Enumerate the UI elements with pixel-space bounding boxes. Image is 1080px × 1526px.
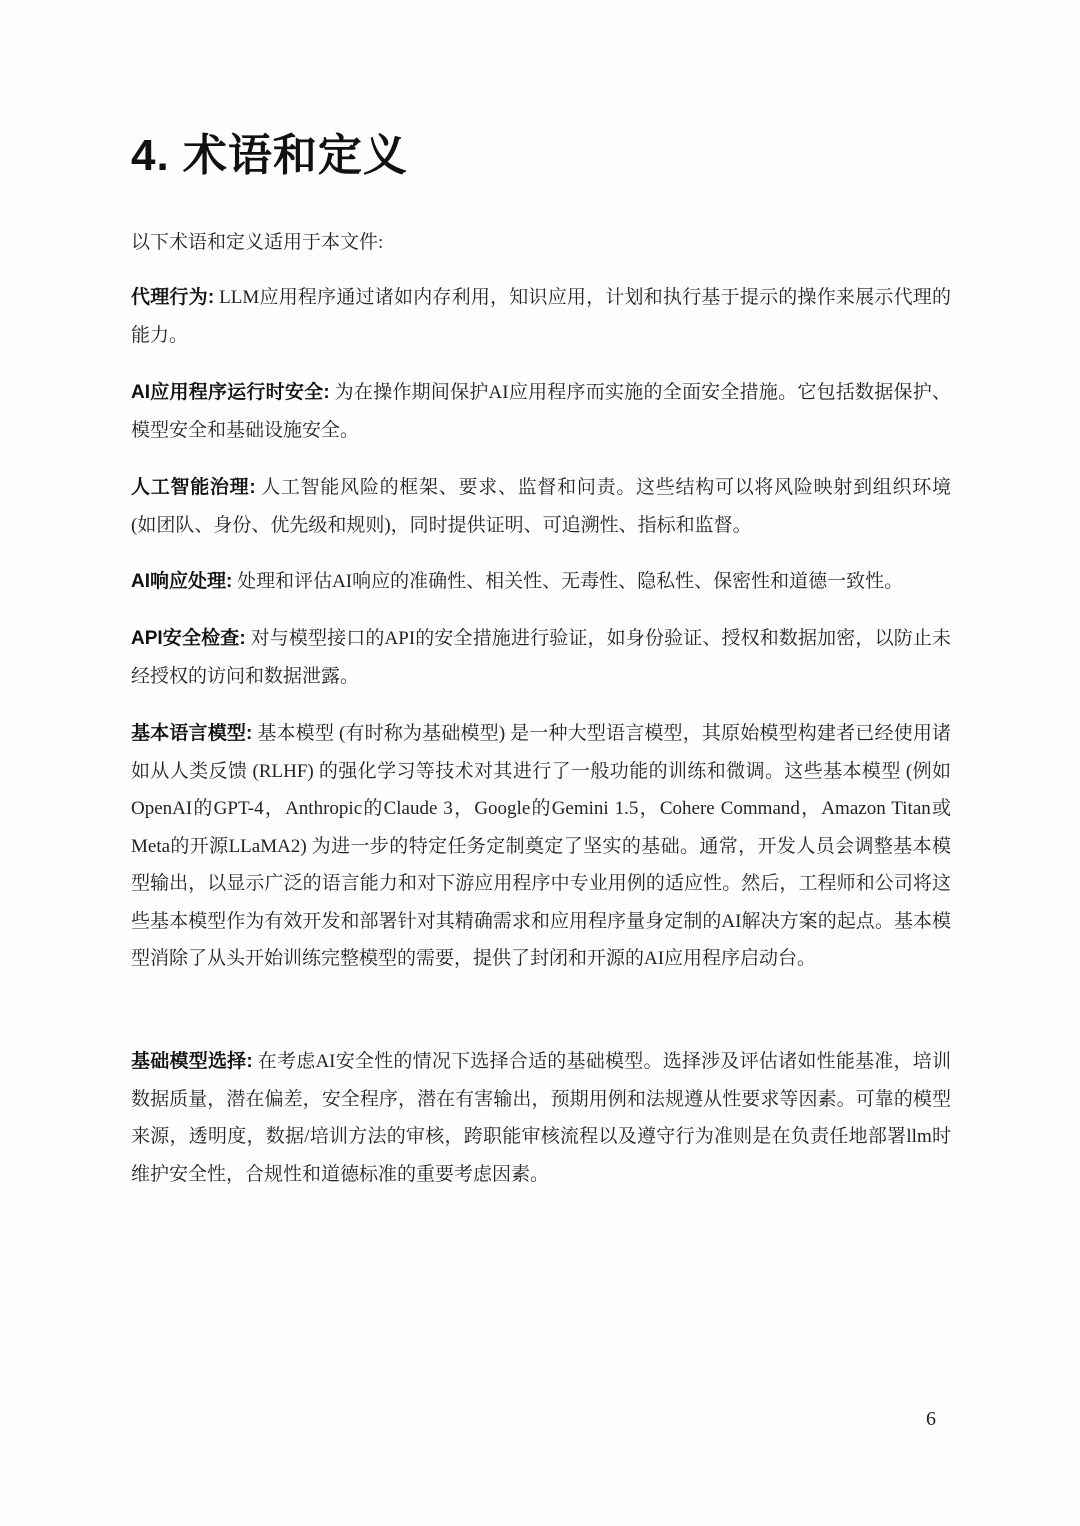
- definition-text: 对与模型接口的API的安全措施进行验证，如身份验证、授权和数据加密，以防止未经授…: [131, 628, 951, 687]
- definition-term: 人工智能治理:: [131, 477, 256, 498]
- definition-ai-runtime-security: AI应用程序运行时安全: 为在操作期间保护AI应用程序而实施的全面安全措施。它包…: [131, 374, 951, 449]
- definition-ai-governance: 人工智能治理: 人工智能风险的框架、要求、监督和问责。这些结构可以将风险映射到组…: [131, 469, 951, 544]
- document-page: 4. 术语和定义 以下术语和定义适用于本文件: 代理行为: LLM应用程序通过诸…: [0, 0, 1080, 1526]
- definition-term: AI应用程序运行时安全:: [131, 382, 330, 403]
- definition-text: 处理和评估AI响应的准确性、相关性、无毒性、隐私性、保密性和道德一致性。: [232, 571, 903, 592]
- definition-api-security-checks: API安全检查: 对与模型接口的API的安全措施进行验证，如身份验证、授权和数据…: [131, 620, 951, 695]
- section-title: 4. 术语和定义: [131, 128, 408, 184]
- definition-text: LLM应用程序通过诸如内存利用，知识应用，计划和执行基于提示的操作来展示代理的能…: [131, 287, 951, 346]
- definition-base-language-model: 基本语言模型: 基本模型 (有时称为基础模型) 是一种大型语言模型，其原始模型构…: [131, 715, 951, 978]
- definition-text: 基本模型 (有时称为基础模型) 是一种大型语言模型，其原始模型构建者已经使用诸如…: [131, 723, 951, 969]
- definition-text: 在考虑AI安全性的情况下选择合适的基础模型。选择涉及评估诸如性能基准，培训数据质…: [131, 1051, 951, 1185]
- definition-term: 基本语言模型:: [131, 723, 252, 744]
- definition-agentic-behavior: 代理行为: LLM应用程序通过诸如内存利用，知识应用，计划和执行基于提示的操作来…: [131, 279, 951, 354]
- definition-term: 代理行为:: [131, 287, 214, 308]
- page-number: 6: [926, 1408, 936, 1431]
- definition-foundation-model-selection: 基础模型选择: 在考虑AI安全性的情况下选择合适的基础模型。选择涉及评估诸如性能…: [131, 1043, 951, 1193]
- definition-term: 基础模型选择:: [131, 1051, 253, 1072]
- definition-term: AI响应处理:: [131, 571, 232, 592]
- section-intro: 以下术语和定义适用于本文件:: [131, 228, 383, 258]
- definition-ai-response-handling: AI响应处理: 处理和评估AI响应的准确性、相关性、无毒性、隐私性、保密性和道德…: [131, 563, 951, 601]
- definition-term: API安全检查:: [131, 628, 246, 649]
